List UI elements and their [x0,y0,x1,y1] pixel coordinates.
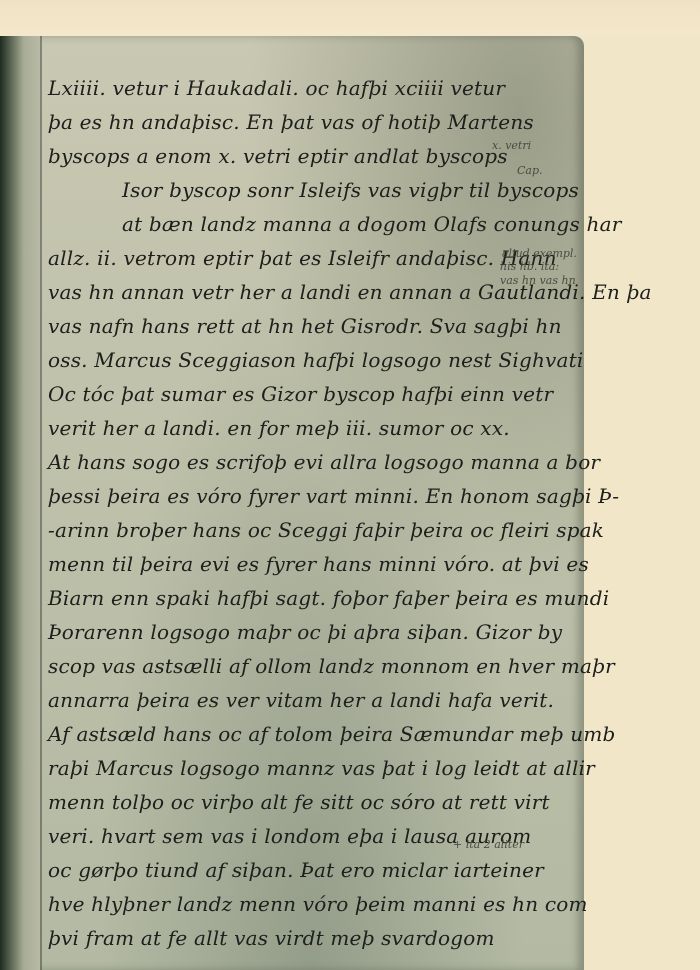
manuscript-line: At hans sogo es scrifoþ evi allra logsog… [48,450,600,474]
manuscript-line: verit her a landi. en for meþ iii. sumor… [48,416,510,440]
manuscript-line: oss. Marcus Sceggiason hafþi logsogo nes… [48,348,583,372]
marginal-note: Cap. [517,164,543,177]
marginal-note: his hb. ita: [500,260,559,273]
manuscript-line: oc gørþo tiund af siþan. Þat ero miclar … [48,858,544,882]
manuscript-line: Isor byscop sonr Isleifs vas vigþr til b… [122,178,579,202]
marginal-note: x. vetri [492,139,531,152]
manuscript-line: raþi Marcus logsogo mannz vas þat i log … [48,756,595,780]
manuscript-line: þvi fram at fe allt vas virdt meþ svardo… [48,926,495,950]
marginal-note: vas hn vas hn [500,274,576,287]
manuscript-page: Lxiiii. vetur i Haukadali. oc hafþi xcii… [40,36,584,970]
manuscript-line: Oc tóc þat sumar es Gizor byscop hafþi e… [48,382,553,406]
page-ruling-line [40,36,42,970]
marginal-note: + ita 2 aliter [453,838,524,851]
manuscript-line: menn til þeira evi es fyrer hans minni v… [48,552,589,576]
manuscript-line: at bæn landz manna a dogom Olafs conungs… [122,212,622,236]
manuscript-line: vas nafn hans rett at hn het Gisrodr. Sv… [48,314,562,338]
manuscript-line: Biarn enn spaki hafþi sagt. foþor faþer … [48,586,609,610]
manuscript-line: scop vas astsælli af ollom landz monnom … [48,654,615,678]
manuscript-line: þa es hn andaþisc. En þat vas of hotiþ M… [48,110,534,134]
manuscript-line: allz. ii. vetrom eptir þat es Isleifr an… [48,246,557,270]
manuscript-line: Þorarenn logsogo maþr oc þi aþra siþan. … [48,620,562,644]
manuscript-line: hve hlyþner landz menn vóro þeim manni e… [48,892,588,916]
manuscript-line: -arinn broþer hans oc Sceggi faþir þeira… [48,518,604,542]
manuscript-line: Lxiiii. vetur i Haukadali. oc hafþi xcii… [48,76,505,100]
manuscript-line: Af astsæld hans oc af tolom þeira Sæmund… [48,722,615,746]
manuscript-line: menn tolþo oc virþo alt fe sitt oc sóro … [48,790,550,814]
marginal-note: aliud exempl. [502,247,577,260]
manuscript-line: byscops a enom x. vetri eptir andlat bys… [48,144,508,168]
manuscript-line: annarra þeira es ver vitam her a landi h… [48,688,554,712]
binding-shadow-strip [0,36,40,970]
mount-background-top [0,0,700,36]
manuscript-line: þessi þeira es vóro fyrer vart minni. En… [48,484,619,508]
